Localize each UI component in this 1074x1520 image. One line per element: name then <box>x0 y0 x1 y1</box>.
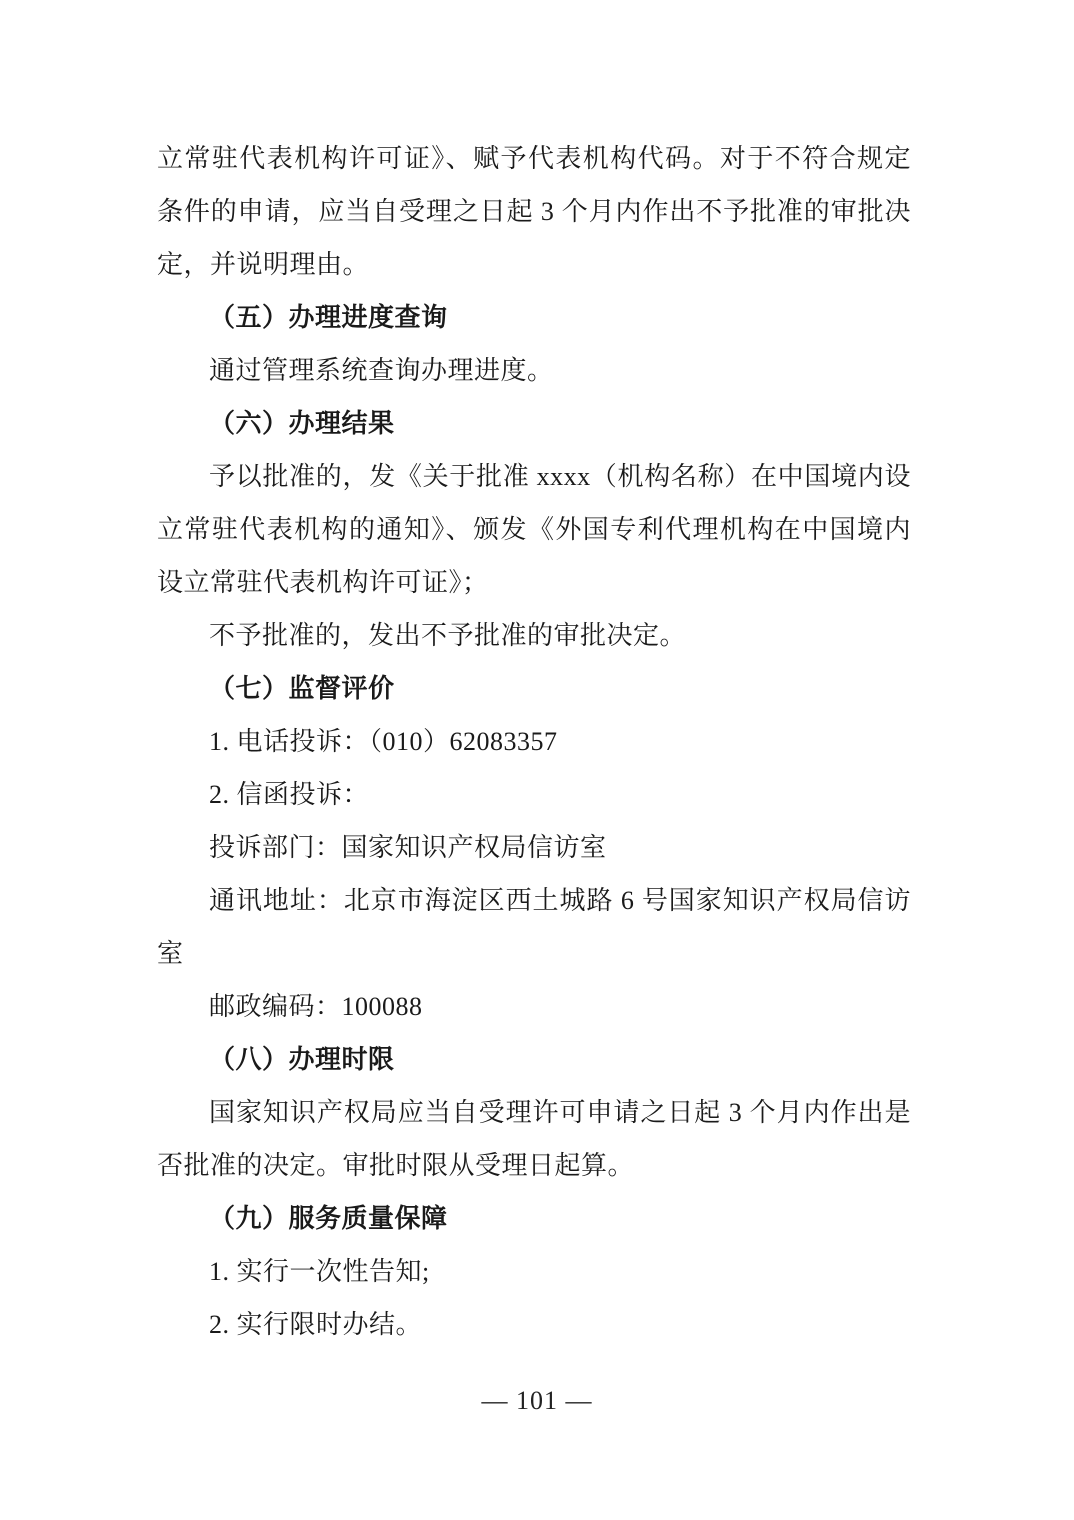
paragraph-complaint-dept: 投诉部门：国家知识产权局信访室 <box>157 821 911 874</box>
section-heading-6: （六）办理结果 <box>157 397 911 450</box>
paragraph-letter-complaint: 2. 信函投诉： <box>157 768 911 821</box>
page-footer: — 101 — <box>0 1386 1074 1416</box>
section-heading-5: （五）办理进度查询 <box>157 291 911 344</box>
paragraph-postal-code: 邮政编码：100088 <box>157 980 911 1033</box>
paragraph-mail-address: 通讯地址：北京市海淀区西土城路 6 号国家知识产权局信访室 <box>157 874 911 980</box>
paragraph-one-time-notice: 1. 实行一次性告知; <box>157 1245 911 1298</box>
section-heading-7: （七）监督评价 <box>157 662 911 715</box>
paragraph-progress-query: 通过管理系统查询办理进度。 <box>157 344 911 397</box>
continued-paragraph: 立常驻代表机构许可证》、赋予代表机构代码。对于不符合规定条件的申请，应当自受理之… <box>157 132 911 291</box>
section-heading-9: （九）服务质量保障 <box>157 1192 911 1245</box>
page-number: — 101 — <box>482 1386 593 1415</box>
paragraph-phone-complaint: 1. 电话投诉：（010）62083357 <box>157 715 911 768</box>
paragraph-time-limited-close: 2. 实行限时办结。 <box>157 1298 911 1351</box>
paragraph-approval-result: 予以批准的，发《关于批准 xxxx（机构名称）在中国境内设立常驻代表机构的通知》… <box>157 450 911 609</box>
document-page: 立常驻代表机构许可证》、赋予代表机构代码。对于不符合规定条件的申请，应当自受理之… <box>0 0 1074 1520</box>
document-body: 立常驻代表机构许可证》、赋予代表机构代码。对于不符合规定条件的申请，应当自受理之… <box>157 132 911 1351</box>
paragraph-rejection-result: 不予批准的，发出不予批准的审批决定。 <box>157 609 911 662</box>
paragraph-time-limit: 国家知识产权局应当自受理许可申请之日起 3 个月内作出是否批准的决定。审批时限从… <box>157 1086 911 1192</box>
section-heading-8: （八）办理时限 <box>157 1033 911 1086</box>
